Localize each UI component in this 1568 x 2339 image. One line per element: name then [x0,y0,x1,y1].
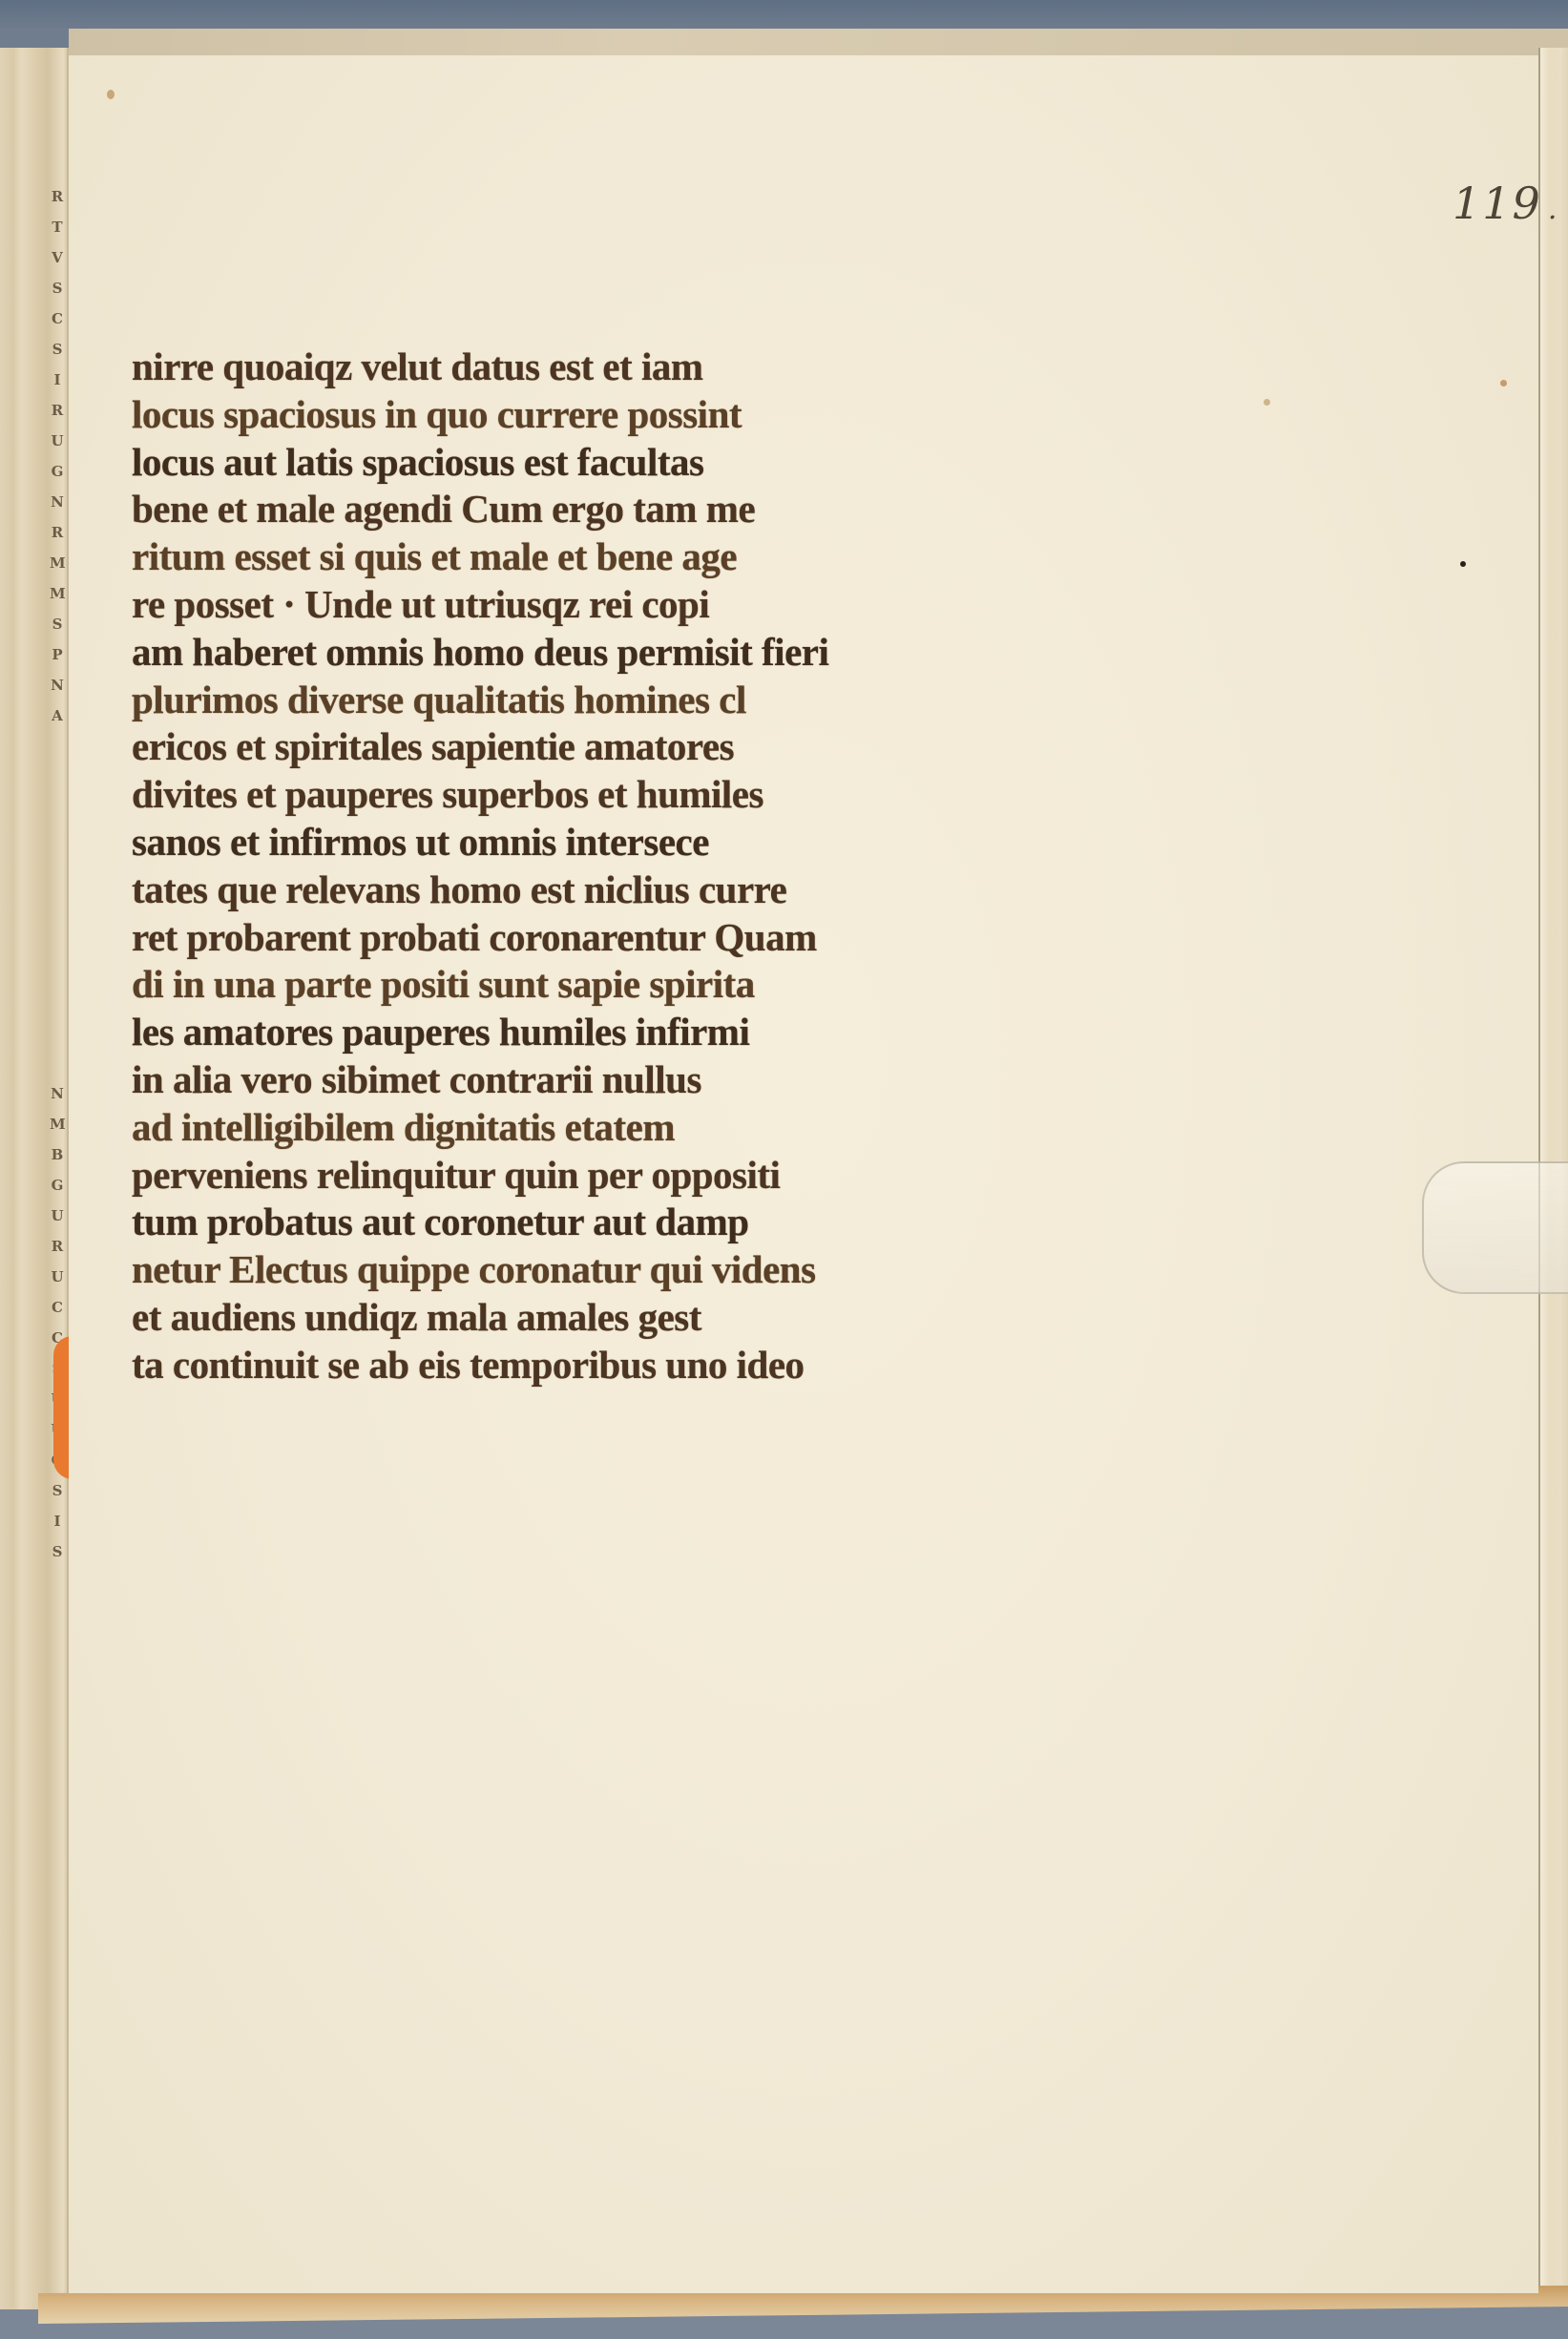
gutter-letter: C [50,303,65,334]
text-line: ta continuit se ab eis temporibus uno id… [132,1342,1267,1389]
gutter-letter: N [50,670,65,700]
gutter-letter: I [50,1506,65,1536]
gutter-letter: U [50,426,65,456]
text-line: tum probatus aut coronetur aut damp [132,1199,1267,1246]
gutter-letter: I [50,365,65,395]
gutter-letter: R [50,395,65,426]
gutter-letter: R [50,517,65,548]
text-line: di in una parte positi sunt sapie spirit… [132,961,1267,1009]
gutter-letter: U [50,1201,65,1231]
text-line: in alia vero sibimet contrarii nullus [132,1056,1267,1104]
gutter-letter: V [50,242,65,273]
gutter-letter: M [50,548,65,578]
gutter-letter: R [50,1231,65,1262]
gutter-letter: G [50,456,65,487]
gutter-letter: S [50,1536,65,1567]
transparent-page-clip [1422,1161,1568,1294]
manuscript-text-block: nirre quoaiqz velut datus est et iam loc… [132,344,1267,1389]
text-line: re posset · Unde ut utriusqz rei copi [132,581,1267,629]
gutter-letter: S [50,609,65,639]
text-line: et audiens undiqz mala amales gest [132,1294,1267,1342]
gutter-letter: N [50,1078,65,1109]
gutter-letter: R [50,181,65,212]
text-line: locus spaciosus in quo currere possint [132,391,1267,439]
gutter-letter: M [50,1109,65,1139]
gutter-letter: A [50,700,65,731]
text-line: ericos et spiritales sapientie amatores [132,723,1267,771]
text-line: ritum esset si quis et male et bene age [132,533,1267,581]
folio-dot: . [1548,193,1559,226]
text-line: perveniens relinquitur quin per oppositi [132,1152,1267,1200]
gutter-letter: N [50,487,65,517]
text-line: netur Electus quippe coronatur qui viden… [132,1246,1267,1294]
folio-number-value: 119 [1453,178,1542,229]
text-line: tates que relevans homo est niclius curr… [132,867,1267,914]
gutter-letter: T [50,212,65,242]
gutter-letter: P [50,639,65,670]
text-line: am haberet omnis homo deus permisit fier… [132,629,1267,677]
gutter-letter: S [50,334,65,365]
gutter-letter: G [50,1170,65,1201]
ink-speck [1460,561,1466,567]
gutter-letter: S [50,1475,65,1506]
text-line: ad intelligibilem dignitatis etatem [132,1104,1267,1152]
text-line: bene et male agendi Cum ergo tam me [132,486,1267,533]
gutter-letter: M [50,578,65,609]
stain-speck [107,90,115,99]
gutter-letter: S [50,273,65,303]
text-line: divites et pauperes superbos et humiles [132,771,1267,819]
gutter-letter: U [50,1262,65,1292]
text-line: sanos et infirmos ut omnis intersece [132,819,1267,867]
text-line: locus aut latis spaciosus est facultas [132,439,1267,487]
folio-number: 119. [1453,178,1558,229]
gutter-marginalia-lower: NMBGURUCCSUUGSIS [50,1078,65,1567]
gutter-letter: B [50,1139,65,1170]
text-line: ret probarent probati coronarentur Quam [132,914,1267,962]
stain-speck [1500,380,1507,386]
text-line: nirre quoaiqz velut datus est et iam [132,344,1267,391]
text-line: les amatores pauperes humiles infirmi [132,1009,1267,1056]
gutter-marginalia-upper: RTVSCSIRUGNRMMSPNA [50,181,65,731]
gutter-letter: C [50,1292,65,1323]
text-line: plurimos diverse qualitatis homines cl [132,677,1267,724]
